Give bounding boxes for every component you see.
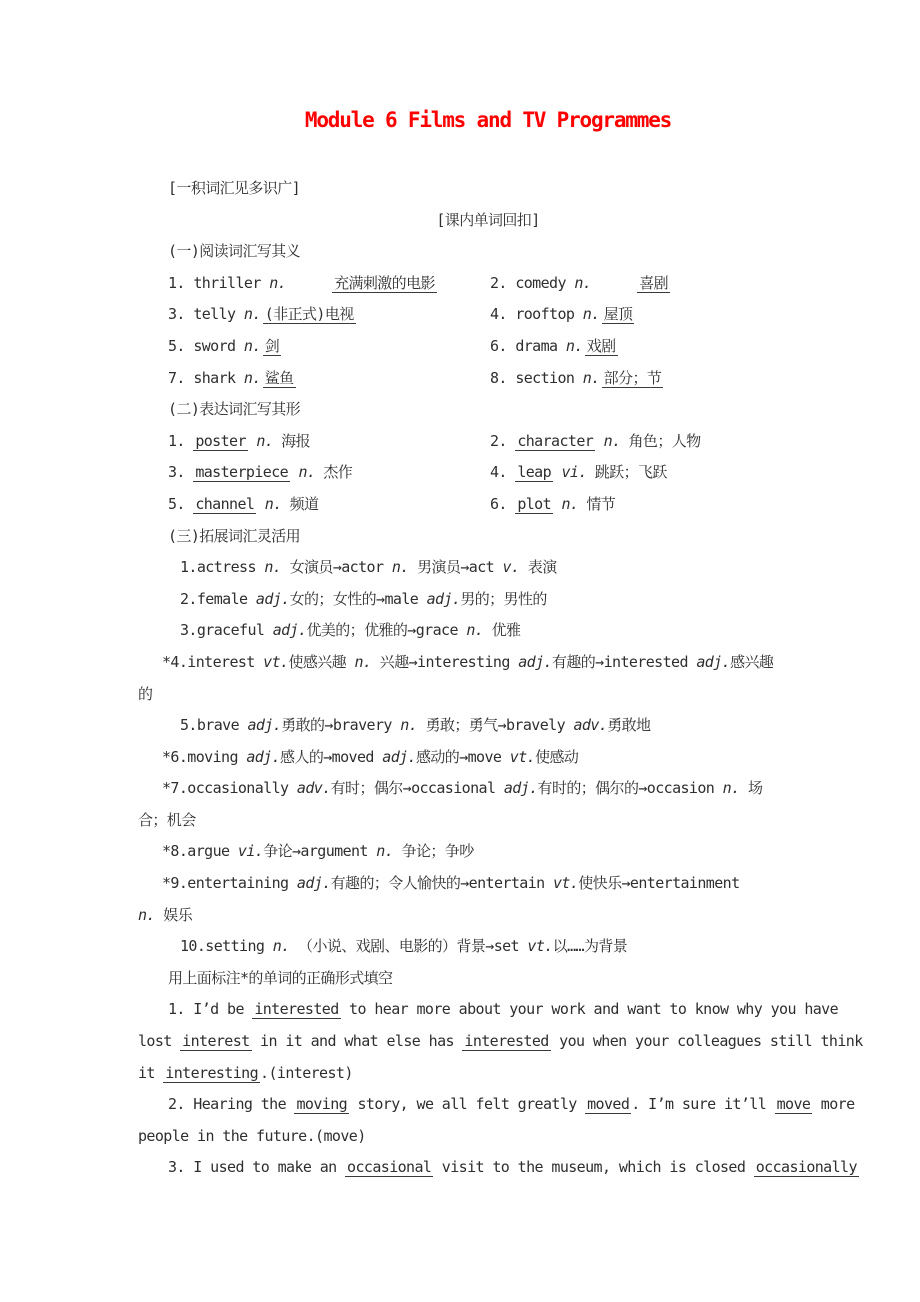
part-of-speech: adj. xyxy=(256,590,290,608)
vocab-item-drama: 6. drama n.戏剧 xyxy=(490,331,618,363)
text-segment: 优美的；优雅的→grace xyxy=(306,621,466,639)
text-segment: visit to the museum, which is closed xyxy=(433,1158,753,1176)
text-segment: 女演员→actor xyxy=(281,558,392,576)
text-segment: 3. I used to make an xyxy=(168,1158,345,1176)
item-word-blank: plot xyxy=(515,495,553,514)
text-segment: 的 xyxy=(138,685,152,703)
part3-heading: (三)拓展词汇灵活用 xyxy=(138,521,838,553)
vocab-row-2: 3. telly n.(非正式)电视 4. rooftop n.屋顶 xyxy=(138,299,838,331)
item-number: 4. xyxy=(490,463,507,481)
heading-center: [课内单词回扣] xyxy=(138,205,838,237)
text-segment: to hear more about your work and want to… xyxy=(341,1000,838,1018)
part-of-speech: adj. xyxy=(246,748,280,766)
item-pos: n. xyxy=(265,495,282,513)
answer-blank: occasional xyxy=(345,1158,433,1177)
text-segment: 勇敢的→bravery xyxy=(281,716,400,734)
text-segment: 女的；女性的→male xyxy=(290,590,427,608)
vocab-item-character: 2. character n.角色；人物 xyxy=(490,426,701,458)
vocab-row-6: 3. masterpiece n.杰作 4. leap vi.跳跃；飞跃 xyxy=(138,457,838,489)
part-of-speech: vt. xyxy=(527,937,552,955)
item-pos: n. xyxy=(604,432,621,450)
answer-blank: move xyxy=(775,1095,813,1114)
item-meaning-blank: 鲨鱼 xyxy=(263,369,296,388)
text-segment: . I’m sure it’ll xyxy=(631,1095,774,1113)
item-word: section xyxy=(515,369,574,387)
text-segment: 3.graceful xyxy=(180,621,273,639)
part-of-speech: adj. xyxy=(518,653,552,671)
derivation-line-actress: 1.actress n. 女演员→actor n. 男演员→act v. 表演 xyxy=(138,552,838,584)
part-of-speech: vt. xyxy=(510,748,535,766)
vocab-item-rooftop: 4. rooftop n.屋顶 xyxy=(490,299,634,331)
item-word-blank: character xyxy=(515,432,595,451)
item-number: 8. xyxy=(490,369,507,387)
text-segment: 感兴趣 xyxy=(730,653,773,671)
item-word-blank: masterpiece xyxy=(193,463,290,482)
part-of-speech: vt. xyxy=(553,874,578,892)
text-segment: 有趣的→interested xyxy=(552,653,696,671)
text-segment: 使快乐→entertainment xyxy=(578,874,739,892)
item-word: drama xyxy=(515,337,557,355)
heading-vocab-bracket: [一积词汇见多识广] xyxy=(138,173,838,205)
text-segment: 表演 xyxy=(519,558,556,576)
text-segment: 合；机会 xyxy=(138,811,196,829)
text-segment: 场 xyxy=(740,779,763,797)
text-segment: lost xyxy=(138,1032,180,1050)
part-of-speech: n. xyxy=(466,621,483,639)
vocab-item-channel: 5. channel n.频道 xyxy=(168,489,490,521)
text-segment: 争论；争吵 xyxy=(393,842,473,860)
item-word: telly xyxy=(193,305,235,323)
part1-heading: (一)阅读词汇写其义 xyxy=(138,236,838,268)
part-of-speech: v. xyxy=(503,558,520,576)
text-segment: it xyxy=(138,1064,163,1082)
vocab-row-1: 1. thriller n.充满刺激的电影 2. comedy n.喜剧 xyxy=(138,268,838,300)
vocab-row-4: 7. shark n.鲨鱼 8. section n.部分；节 xyxy=(138,363,838,395)
derivation-line-occasionally-cont: 合；机会 xyxy=(138,805,838,837)
item-word: sword xyxy=(193,337,235,355)
text-segment: 优雅 xyxy=(483,621,520,639)
derivation-line-setting: 10.setting n. （小说、戏剧、电影的）背景→set vt.以……为背… xyxy=(138,931,838,963)
text-segment: 争论→argument xyxy=(263,842,376,860)
item-number: 5. xyxy=(168,495,185,513)
text-segment: （小说、戏剧、电影的）背景→set xyxy=(290,937,528,955)
item-number: 2. xyxy=(490,274,507,292)
text-segment: 有时；偶尔→occasional xyxy=(331,779,504,797)
text-segment: .(interest) xyxy=(260,1064,353,1082)
vocab-item-thriller: 1. thriller n.充满刺激的电影 xyxy=(168,268,490,300)
derivation-line-interest-cont: 的 xyxy=(138,679,838,711)
text-segment: *9.entertaining xyxy=(162,874,297,892)
vocab-item-comedy: 2. comedy n.喜剧 xyxy=(490,268,670,300)
part-of-speech: adj. xyxy=(382,748,416,766)
text-segment: more xyxy=(812,1095,854,1113)
item-pos: n. xyxy=(566,337,583,355)
sentence-2-line-1: 2. Hearing the moving story, we all felt… xyxy=(138,1089,838,1121)
item-word: comedy xyxy=(515,274,566,292)
derivation-line-moving: *6.moving adj.感人的→moved adj.感动的→move vt.… xyxy=(138,742,838,774)
answer-blank: interested xyxy=(252,1000,340,1019)
part-of-speech: n. xyxy=(400,716,417,734)
answer-blank: moved xyxy=(585,1095,631,1114)
item-meaning-blank: 屋顶 xyxy=(602,305,635,324)
answer-blank: interest xyxy=(180,1032,251,1051)
text-segment: 以……为背景 xyxy=(553,937,627,955)
item-word: rooftop xyxy=(515,305,574,323)
item-number: 7. xyxy=(168,369,185,387)
part-of-speech: adj. xyxy=(273,621,307,639)
item-meaning-blank: 充满刺激的电影 xyxy=(332,274,437,293)
part-of-speech: n. xyxy=(273,937,290,955)
text-segment: 男演员→act xyxy=(409,558,503,576)
text-segment: *8.argue xyxy=(162,842,238,860)
item-number: 3. xyxy=(168,463,185,481)
item-meaning: 角色；人物 xyxy=(629,432,701,450)
part-of-speech: n. xyxy=(264,558,281,576)
part-of-speech: adj. xyxy=(696,653,730,671)
part-of-speech: n. xyxy=(723,779,740,797)
item-pos: n. xyxy=(269,274,286,292)
part-of-speech: adj. xyxy=(427,590,461,608)
item-word-blank: leap xyxy=(515,463,553,482)
vocab-item-shark: 7. shark n.鲨鱼 xyxy=(168,363,490,395)
vocab-item-poster: 1. poster n.海报 xyxy=(168,426,490,458)
derivation-line-entertaining-cont: n. 娱乐 xyxy=(138,900,838,932)
text-segment: 感动的→move xyxy=(416,748,510,766)
answer-blank: interesting xyxy=(163,1064,260,1083)
vocab-item-masterpiece: 3. masterpiece n.杰作 xyxy=(168,457,490,489)
text-segment: people in the future.(move) xyxy=(138,1127,366,1145)
text-segment: 有时的；偶尔的→occasion xyxy=(538,779,723,797)
text-segment: 娱乐 xyxy=(155,906,192,924)
part-of-speech: n. xyxy=(355,653,372,671)
item-number: 1. xyxy=(168,432,185,450)
item-number: 5. xyxy=(168,337,185,355)
vocab-item-sword: 5. sword n.剑 xyxy=(168,331,490,363)
item-pos: n. xyxy=(244,337,261,355)
text-segment: 有趣的；令人愉快的→entertain xyxy=(331,874,553,892)
text-segment: 1. I’d be xyxy=(168,1000,252,1018)
item-number: 1. xyxy=(168,274,185,292)
text-segment: *6.moving xyxy=(162,748,246,766)
part-of-speech: adj. xyxy=(504,779,538,797)
answer-blank: interested xyxy=(462,1032,550,1051)
item-meaning-blank: 喜剧 xyxy=(637,274,670,293)
item-number: 6. xyxy=(490,337,507,355)
part-of-speech: adv. xyxy=(297,779,331,797)
text-segment: 感人的→moved xyxy=(280,748,382,766)
text-segment: you when your colleagues still think xyxy=(551,1032,863,1050)
item-meaning-blank: 部分；节 xyxy=(602,369,664,388)
part-of-speech: adj. xyxy=(247,716,281,734)
text-segment: story, we all felt greatly xyxy=(349,1095,585,1113)
text-segment: 使感动 xyxy=(535,748,578,766)
text-segment: 勇敢；勇气→bravely xyxy=(417,716,573,734)
item-meaning: 杰作 xyxy=(323,463,352,481)
derivation-line-brave: 5.brave adj.勇敢的→bravery n. 勇敢；勇气→bravely… xyxy=(138,710,838,742)
text-segment: 2. Hearing the xyxy=(168,1095,294,1113)
page-title: Module 6 Films and TV Programmes xyxy=(138,106,838,134)
derivation-line-graceful: 3.graceful adj.优美的；优雅的→grace n. 优雅 xyxy=(138,615,838,647)
item-meaning-blank: (非正式)电视 xyxy=(263,305,356,324)
part-of-speech: adv. xyxy=(573,716,607,734)
item-meaning-blank: 剑 xyxy=(263,337,281,356)
vocab-row-3: 5. sword n.剑 6. drama n.戏剧 xyxy=(138,331,838,363)
text-segment: *4.interest xyxy=(162,653,263,671)
document-page: Module 6 Films and TV Programmes [一积词汇见多… xyxy=(0,0,920,1302)
answer-blank: occasionally xyxy=(754,1158,859,1177)
vocab-item-section: 8. section n.部分；节 xyxy=(490,363,663,395)
part-of-speech: vt. xyxy=(263,653,288,671)
item-word: thriller xyxy=(193,274,260,292)
item-number: 6. xyxy=(490,495,507,513)
sentence-2-line-2: people in the future.(move) xyxy=(138,1121,838,1153)
text-segment: 男的；男性的 xyxy=(460,590,546,608)
item-meaning: 跳跃；飞跃 xyxy=(595,463,667,481)
item-word-blank: poster xyxy=(193,432,248,451)
item-pos: n. xyxy=(583,369,600,387)
item-meaning-blank: 戏剧 xyxy=(585,337,618,356)
item-pos: n. xyxy=(244,369,261,387)
fill-instruction: 用上面标注*的单词的正确形式填空 xyxy=(138,963,838,995)
item-number: 3. xyxy=(168,305,185,323)
item-meaning: 海报 xyxy=(281,432,310,450)
derivation-line-entertaining: *9.entertaining adj.有趣的；令人愉快的→entertain … xyxy=(138,868,838,900)
item-meaning: 情节 xyxy=(586,495,615,513)
vocab-item-telly: 3. telly n.(非正式)电视 xyxy=(168,299,490,331)
sentence-1-line-3: it interesting.(interest) xyxy=(138,1058,838,1090)
text-segment: in it and what else has xyxy=(252,1032,463,1050)
item-pos: n. xyxy=(583,305,600,323)
derivation-line-interest: *4.interest vt.使感兴趣 n. 兴趣→interesting ad… xyxy=(138,647,838,679)
text-segment: 勇敢地 xyxy=(607,716,650,734)
text-segment: 1.actress xyxy=(180,558,264,576)
text-segment: 5.brave xyxy=(180,716,247,734)
item-number: 4. xyxy=(490,305,507,323)
derivation-line-occasionally: *7.occasionally adv.有时；偶尔→occasional adj… xyxy=(138,773,838,805)
item-meaning: 频道 xyxy=(290,495,319,513)
vocab-row-7: 5. channel n.频道 6. plot n.情节 xyxy=(138,489,838,521)
item-pos: n. xyxy=(256,432,273,450)
item-pos: n. xyxy=(561,495,578,513)
vocab-row-5: 1. poster n.海报 2. character n.角色；人物 xyxy=(138,426,838,458)
item-pos: n. xyxy=(299,463,316,481)
answer-blank: moving xyxy=(294,1095,349,1114)
derivation-line-female: 2.female adj.女的；女性的→male adj.男的；男性的 xyxy=(138,584,838,616)
sentence-1-line-1: 1. I’d be interested to hear more about … xyxy=(138,994,838,1026)
item-word: shark xyxy=(193,369,235,387)
part-of-speech: n. xyxy=(376,842,393,860)
part-of-speech: n. xyxy=(392,558,409,576)
part2-heading: (二)表达词汇写其形 xyxy=(138,394,838,426)
document-body: Module 6 Films and TV Programmes [一积词汇见多… xyxy=(138,0,838,1184)
item-pos: n. xyxy=(244,305,261,323)
item-number: 2. xyxy=(490,432,507,450)
vocab-item-plot: 6. plot n.情节 xyxy=(490,489,615,521)
item-pos: vi. xyxy=(561,463,586,481)
item-pos: n. xyxy=(574,274,591,292)
vocab-item-leap: 4. leap vi.跳跃；飞跃 xyxy=(490,457,667,489)
part-of-speech: n. xyxy=(138,906,155,924)
text-segment: 2.female xyxy=(180,590,256,608)
text-segment: *7.occasionally xyxy=(162,779,297,797)
text-segment: 兴趣→interesting xyxy=(371,653,518,671)
part-of-speech: vi. xyxy=(238,842,263,860)
sentence-1-line-2: lost interest in it and what else has in… xyxy=(138,1026,838,1058)
item-word-blank: channel xyxy=(193,495,256,514)
derivation-line-argue: *8.argue vi.争论→argument n. 争论；争吵 xyxy=(138,836,838,868)
part-of-speech: adj. xyxy=(297,874,331,892)
text-segment: 使感兴趣 xyxy=(288,653,354,671)
text-segment: 10.setting xyxy=(180,937,273,955)
sentence-3-line-1: 3. I used to make an occasional visit to… xyxy=(138,1152,838,1184)
